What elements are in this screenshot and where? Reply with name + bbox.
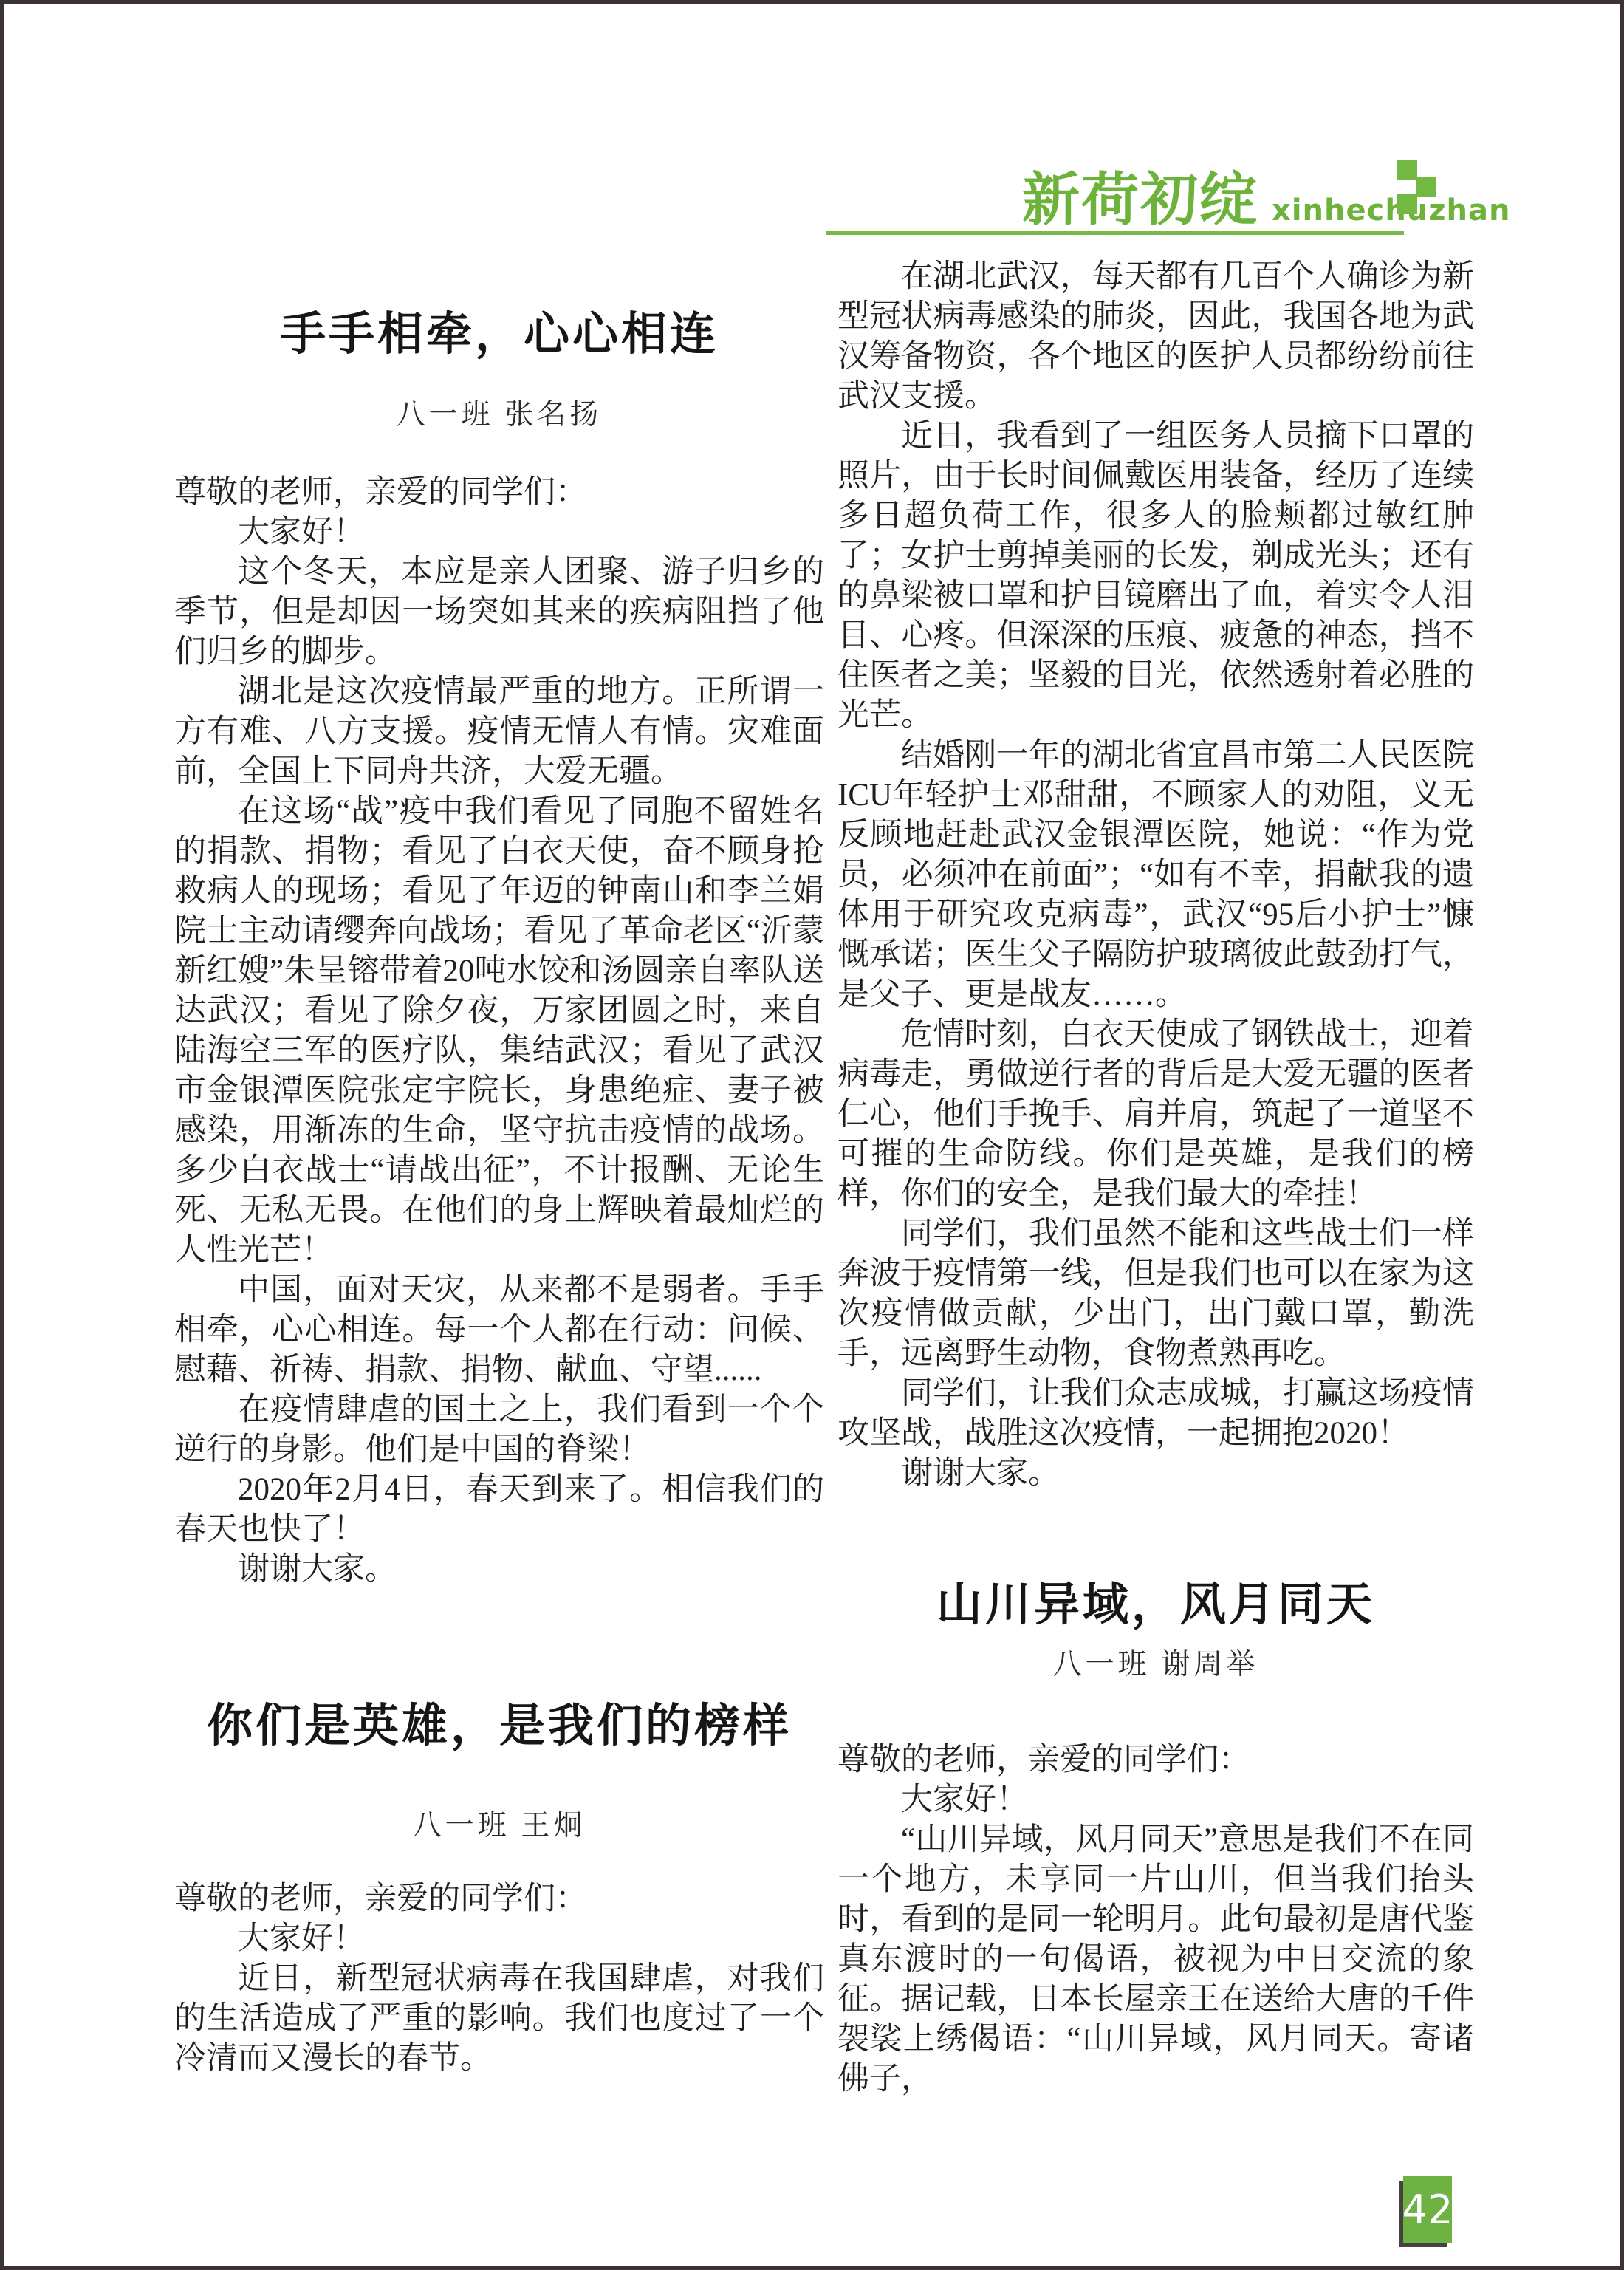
paragraph: 在这场“战”疫中我们看见了同胞不留姓名的捐款、捐物；看见了白衣天使，奋不顾身抢救… <box>174 792 824 1271</box>
paragraph: 近日，新型冠状病毒在我国肆虐，对我们的生活造成了严重的影响。我们也度过了一个冷清… <box>174 1959 824 2079</box>
paragraph: 同学们，让我们众志成城，打赢这场疫情攻坚战，战胜这次疫情，一起拥抱2020！ <box>837 1374 1474 1454</box>
article3-body: 尊敬的老师，亲爱的同学们： 大家好！“山川异域，风月同天”意思是我们不在同一个地… <box>837 1740 1474 2099</box>
article1-author: 八一班 张名扬 <box>174 392 824 433</box>
paragraph: 危情时刻，白衣天使成了钢铁战士，迎着病毒走，勇做逆行者的背后是大爱无疆的医者仁心… <box>837 1015 1474 1214</box>
paragraph: 在湖北武汉，每天都有几百个人确诊为新型冠状病毒感染的肺炎，因此，我国各地为武汉筹… <box>837 257 1474 417</box>
article1-greeting: 尊敬的老师，亲爱的同学们： <box>174 473 824 513</box>
paragraph: 在疫情肆虐的国土之上，我们看到一个个逆行的身影。他们是中国的脊梁！ <box>174 1390 824 1470</box>
paragraph: 湖北是这次疫情最严重的地方。正所谓一方有难、八方支援。疫情无情人有情。灾难面前，… <box>174 672 824 792</box>
article2-body-left: 尊敬的老师，亲爱的同学们： 大家好！近日，新型冠状病毒在我国肆虐，对我们的生活造… <box>174 1879 824 2079</box>
paragraph: 2020年2月4日，春天到来了。相信我们的春天也快了！ <box>174 1470 824 1550</box>
paragraph: 大家好！ <box>174 513 824 553</box>
article3-greeting: 尊敬的老师，亲爱的同学们： <box>837 1740 1474 1780</box>
article1-paragraphs: 大家好！这个冬天，本应是亲人团聚、游子归乡的季节，但是却因一场突如其来的疾病阻挡… <box>174 513 824 1590</box>
article3-author: 八一班 谢周举 <box>837 1641 1474 1683</box>
article2-greeting: 尊敬的老师，亲爱的同学们： <box>174 1879 824 1919</box>
article2-body-right: 在湖北武汉，每天都有几百个人确诊为新型冠状病毒感染的肺炎，因此，我国各地为武汉筹… <box>837 257 1474 1494</box>
article2-paragraphs-right: 在湖北武汉，每天都有几百个人确诊为新型冠状病毒感染的肺炎，因此，我国各地为武汉筹… <box>837 257 1474 1494</box>
paragraph: “山川异域，风月同天”意思是我们不在同一个地方，未享同一片山川，但当我们抬头时，… <box>837 1820 1474 2099</box>
green-squares-decor <box>1397 160 1438 215</box>
green-square-icon <box>1397 194 1417 214</box>
article3-title: 山川异域，风月同天 <box>837 1568 1474 1633</box>
brand-latin-text: xinhechuzhan <box>1272 196 1510 229</box>
paragraph: 同学们，我们虽然不能和这些战士们一样奔波于疫情第一线，但是我们也可以在家为这次疫… <box>837 1214 1474 1374</box>
article2-author: 八一班 王炯 <box>174 1802 824 1844</box>
article1-title: 手手相牵，心心相连 <box>174 297 824 363</box>
green-square-icon <box>1416 177 1436 197</box>
green-square-icon <box>1397 160 1417 180</box>
paragraph: 结婚刚一年的湖北省宜昌市第二人民医院ICU年轻护士邓甜甜，不顾家人的劝阻，义无反… <box>837 736 1474 1015</box>
article3-paragraphs: 大家好！“山川异域，风月同天”意思是我们不在同一个地方，未享同一片山川，但当我们… <box>837 1780 1474 2099</box>
paragraph: 大家好！ <box>837 1780 1474 1820</box>
article2-paragraphs-left: 大家好！近日，新型冠状病毒在我国肆虐，对我们的生活造成了严重的影响。我们也度过了… <box>174 1919 824 2079</box>
brand-cn-text: 新荷初绽 <box>1022 171 1258 229</box>
header-underline <box>826 231 1404 235</box>
paragraph: 近日，我看到了一组医务人员摘下口罩的照片，由于长时间佩戴医用装备，经历了连续多日… <box>837 417 1474 736</box>
magazine-page: 新荷初绽 xinhechuzhan 手手相牵，心心相连 八一班 张名扬 尊敬的老… <box>0 0 1624 2270</box>
page-number-badge: 42 <box>1403 2176 1452 2243</box>
paragraph: 谢谢大家。 <box>837 1454 1474 1494</box>
paragraph: 这个冬天，本应是亲人团聚、游子归乡的季节，但是却因一场突如其来的疾病阻挡了他们归… <box>174 553 824 672</box>
page-number: 42 <box>1402 2187 1453 2233</box>
paragraph: 大家好！ <box>174 1919 824 1959</box>
article2-title: 你们是英雄，是我们的榜样 <box>174 1689 824 1754</box>
article1-body: 尊敬的老师，亲爱的同学们： 大家好！这个冬天，本应是亲人团聚、游子归乡的季节，但… <box>174 473 824 1590</box>
paragraph: 谢谢大家。 <box>174 1550 824 1590</box>
paragraph: 中国，面对天灾，从来都不是弱者。手手相牵，心心相连。每一个人都在行动：问候、慰藉… <box>174 1271 824 1390</box>
